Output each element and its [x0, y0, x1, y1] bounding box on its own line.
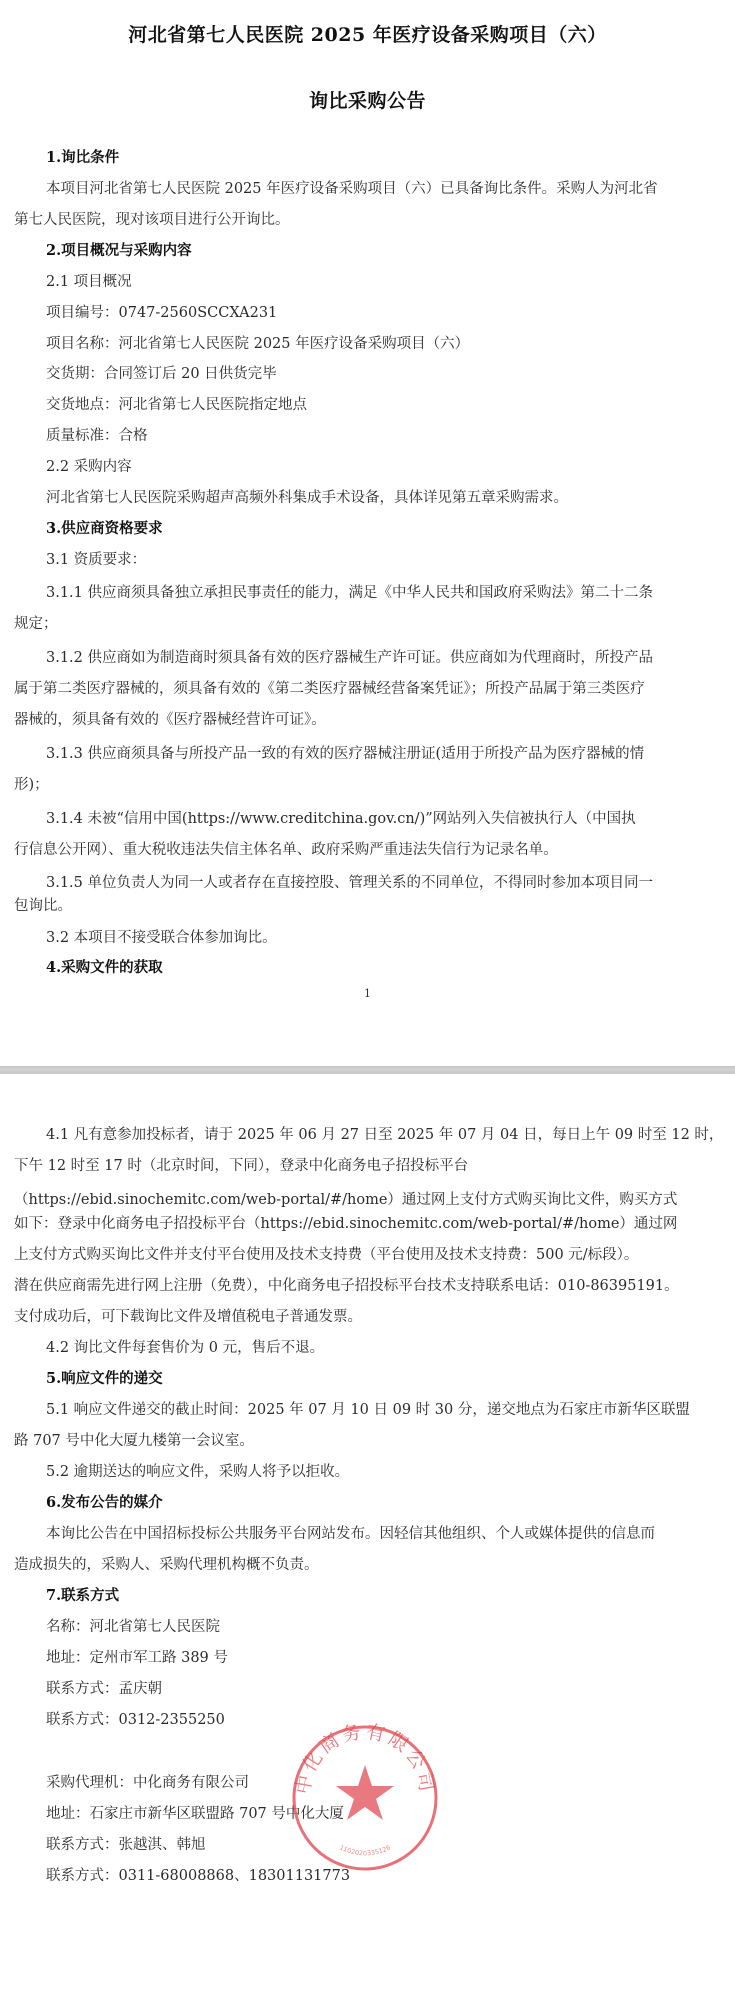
- section-1-text-line: 第七人民医院，现对该项目进行公开询比。: [14, 210, 290, 230]
- paragraph-4-1: （https://ebid.sinochemitc.com/web-portal…: [14, 1190, 677, 1210]
- requirement-3-1-4: 3.1.4 未被“信用中国(https://www.creditchina.go…: [46, 809, 636, 829]
- section-3-heading: 3.供应商资格要求: [46, 519, 163, 539]
- requirement-3-1-5: 3.1.5 单位负责人为同一人或者存在直接控股、管理关系的不同单位，不得同时参加…: [46, 873, 653, 893]
- requirement-3-1-1: 3.1.1 供应商须具备独立承担民事责任的能力，满足《中华人民共和国政府采购法》…: [46, 583, 653, 603]
- agent-name: 采购代理机：中化商务有限公司: [46, 1773, 249, 1793]
- document-title: 河北省第七人民医院 2025 年医疗设备采购项目（六）: [0, 20, 735, 47]
- svg-text:1102020335126: 1102020335126: [338, 1843, 392, 1857]
- section-1-text-line: 本项目河北省第七人民医院 2025 年医疗设备采购项目（六）已具备询比条件。采购…: [46, 179, 658, 199]
- section-6-heading: 6.发布公告的媒介: [46, 1493, 163, 1513]
- requirement-3-1-3: 形)；: [14, 775, 49, 795]
- section-7-heading: 7.联系方式: [46, 1586, 119, 1606]
- requirement-3-1-5: 包询比。: [14, 896, 72, 916]
- requirement-3-1-2: 器械的，须具备有效的《医疗器械经营许可证》。: [14, 710, 326, 730]
- paragraph-4-1: 如下：登录中化商务电子招投标平台（https://ebid.sinochemit…: [14, 1214, 677, 1234]
- subsection-2-2: 2.2 采购内容: [46, 457, 132, 477]
- paragraph-4-1: 4.1 凡有意参加投标者，请于 2025 年 06 月 27 日至 2025 年…: [46, 1125, 723, 1145]
- paragraph-4-1: 支付成功后，可下载询比文件及增值税电子普通发票。: [14, 1307, 362, 1327]
- star-icon: [336, 1765, 394, 1820]
- requirement-3-1-1: 规定；: [14, 614, 58, 634]
- document-subtitle: 询比采购公告: [0, 86, 735, 113]
- purchaser-name: 名称：河北省第七人民医院: [46, 1617, 220, 1637]
- purchaser-phone: 联系方式：0312-2355250: [46, 1710, 225, 1730]
- paragraph-5-1: 路 707 号中化大厦九楼第一会议室。: [14, 1431, 254, 1451]
- requirement-3-1-2: 3.1.2 供应商如为制造商时须具备有效的医疗器械生产许可证。供应商如为代理商时…: [46, 648, 653, 668]
- paragraph-4-1: 潜在供应商需先进行网上注册（免费），中化商务电子招投标平台技术支持联系电话：01…: [14, 1276, 679, 1296]
- stamp-number: 1102020335126: [338, 1843, 392, 1857]
- paragraph-5-2: 5.2 逾期送达的响应文件，采购人将予以拒收。: [46, 1462, 349, 1482]
- requirement-3-1-3: 3.1.3 供应商须具备与所投产品一致的有效的医疗器械注册证(适用于所投产品为医…: [46, 744, 644, 764]
- document-page-1: 河北省第七人民医院 2025 年医疗设备采购项目（六） 询比采购公告 1.询比条…: [0, 0, 735, 1066]
- paragraph-5-1: 5.1 响应文件递交的截止时间：2025 年 07 月 10 日 09 时 30…: [46, 1400, 690, 1420]
- paragraph-4-1: 上支付方式购买询比文件并支付平台使用及技术支持费（平台使用及技术支持费：500 …: [14, 1245, 638, 1265]
- subsection-2-1: 2.1 项目概况: [46, 272, 132, 292]
- section-6-text: 造成损失的，采购人、采购代理机构概不负责。: [14, 1555, 319, 1575]
- project-number: 项目编号：0747-2560SCCXA231: [46, 303, 277, 323]
- section-2-heading: 2.项目概况与采购内容: [46, 241, 192, 261]
- page-divider: [0, 1066, 735, 1074]
- section-1-heading: 1.询比条件: [46, 148, 119, 168]
- delivery-place: 交货地点：河北省第七人民医院指定地点: [46, 395, 307, 415]
- purchaser-address: 地址：定州市军工路 389 号: [46, 1648, 228, 1668]
- paragraph-4-1: 下午 12 时至 17 时（北京时间，下同），登录中化商务电子招投标平台: [14, 1156, 468, 1176]
- section-4-heading: 4.采购文件的获取: [46, 958, 163, 978]
- delivery-period: 交货期：合同签订后 20 日供货完毕: [46, 364, 277, 384]
- section-5-heading: 5.响应文件的递交: [46, 1369, 163, 1389]
- company-seal-stamp: 中化商务有限公司 1102020335126: [290, 1723, 440, 1873]
- paragraph-4-2: 4.2 询比文件每套售价为 0 元，售后不退。: [46, 1338, 324, 1358]
- agent-contact: 联系方式：张越淇、韩旭: [46, 1835, 206, 1855]
- subsection-3-2: 3.2 本项目不接受联合体参加询比。: [46, 928, 277, 948]
- page-number: 1: [0, 987, 735, 1000]
- requirement-3-1-2: 属于第二类医疗器械的，须具备有效的《第二类医疗器械经营备案凭证》；所投产品属于第…: [14, 679, 645, 699]
- purchaser-contact: 联系方式：孟庆朝: [46, 1679, 162, 1699]
- quality-standard: 质量标准：合格: [46, 426, 148, 446]
- subsection-3-1: 3.1 资质要求：: [46, 550, 146, 570]
- requirement-3-1-4: 行信息公开网）、重大税收违法失信主体名单、政府采购严重违法失信行为记录名单。: [14, 840, 558, 860]
- project-name: 项目名称：河北省第七人民医院 2025 年医疗设备采购项目（六）: [46, 334, 469, 354]
- section-6-text: 本询比公告在中国招标投标公共服务平台网站发布。因轻信其他组织、个人或媒体提供的信…: [46, 1524, 655, 1544]
- procurement-content: 河北省第七人民医院采购超声高频外科集成手术设备，具体详见第五章采购需求。: [46, 488, 568, 508]
